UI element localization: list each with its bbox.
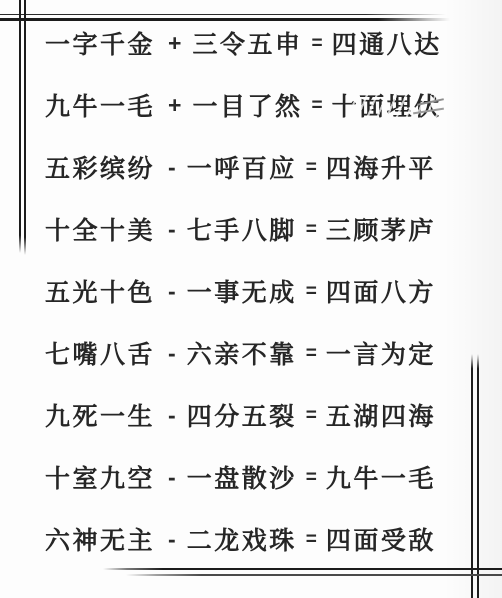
idiom-a: 一字千金: [45, 25, 155, 61]
frame-right-line-outer: [471, 354, 473, 598]
idiom-b: 七手八脚: [187, 211, 297, 247]
equals-sign: =: [306, 529, 317, 551]
idiom-a: 五光十色: [45, 273, 155, 309]
equation-row-5: 五光十色 - 一事无成 = 四面八方: [45, 260, 442, 322]
equals-sign: =: [311, 33, 322, 55]
operator-minus: -: [168, 278, 176, 305]
equals-sign: =: [311, 95, 322, 117]
operator-plus: +: [168, 30, 181, 57]
operator-minus: -: [168, 526, 176, 553]
idiom-b: 一事无成: [187, 273, 297, 309]
idiom-b: 六亲不靠: [187, 335, 297, 371]
operator-minus: -: [168, 216, 176, 243]
operator-minus: -: [168, 464, 176, 491]
equation-list: 一字千金 + 三令五申 = 四通八达 九牛一毛 + 一目了然 = 十面埋伏 五彩…: [45, 12, 442, 570]
equals-sign: =: [306, 405, 317, 427]
operator-minus: -: [168, 402, 176, 429]
equation-row-6: 七嘴八舌 - 六亲不靠 = 一言为定: [45, 322, 442, 384]
equals-sign: =: [306, 281, 317, 303]
idiom-a: 六神无主: [45, 521, 155, 557]
idiom-b: 四分五裂: [187, 397, 297, 433]
idiom-worksheet-page: 一字千金 + 三令五申 = 四通八达 九牛一毛 + 一目了然 = 十面埋伏 五彩…: [0, 0, 502, 598]
idiom-result: 一言为定: [326, 335, 436, 371]
idiom-result: 四海升平: [326, 149, 436, 185]
equals-sign: =: [306, 467, 317, 489]
idiom-a: 十全十美: [45, 211, 155, 247]
idiom-result: 九牛一毛: [326, 459, 436, 495]
idiom-b: 二龙戏珠: [187, 521, 297, 557]
equation-row-7: 九死一生 - 四分五裂 = 五湖四海: [45, 384, 442, 446]
idiom-result: 三顾茅庐: [326, 211, 436, 247]
frame-bottom-line-lower: [126, 574, 502, 576]
idiom-b: 一呼百应: [187, 149, 297, 185]
idiom-a: 九死一生: [45, 397, 155, 433]
idiom-a: 五彩缤纷: [45, 149, 155, 185]
equation-row-8: 十室九空 - 一盘散沙 = 九牛一毛: [45, 446, 442, 508]
idiom-b: 三令五申: [192, 25, 302, 61]
idiom-result: 四面八方: [326, 273, 436, 309]
operator-plus: +: [168, 92, 181, 119]
equation-row-9: 六神无主 - 二龙戏珠 = 四面受敌: [45, 508, 442, 570]
frame-left-line-outer: [19, 0, 21, 253]
idiom-result: 四面受敌: [326, 521, 436, 557]
idiom-a: 九牛一毛: [45, 87, 155, 123]
frame-right-line-inner: [477, 354, 479, 598]
equals-sign: =: [306, 343, 317, 365]
idiom-b: 一盘散沙: [187, 459, 297, 495]
idiom-result: 五湖四海: [326, 397, 436, 433]
scan-edge-shading: [444, 0, 502, 598]
equals-sign: =: [306, 157, 317, 179]
equals-sign: =: [306, 219, 317, 241]
equation-row-4: 十全十美 - 七手八脚 = 三顾茅庐: [45, 198, 442, 260]
operator-minus: -: [168, 154, 176, 181]
equation-row-2: 九牛一毛 + 一目了然 = 十面埋伏: [45, 74, 442, 136]
idiom-result: 十面埋伏: [332, 87, 442, 123]
operator-minus: -: [168, 340, 176, 367]
idiom-result: 四通八达: [332, 25, 442, 61]
idiom-a: 十室九空: [45, 459, 155, 495]
equation-row-3: 五彩缤纷 - 一呼百应 = 四海升平: [45, 136, 442, 198]
equation-row-1: 一字千金 + 三令五申 = 四通八达: [45, 12, 442, 74]
frame-left-line-inner: [24, 0, 26, 255]
idiom-b: 一目了然: [192, 87, 302, 123]
idiom-a: 七嘴八舌: [45, 335, 155, 371]
